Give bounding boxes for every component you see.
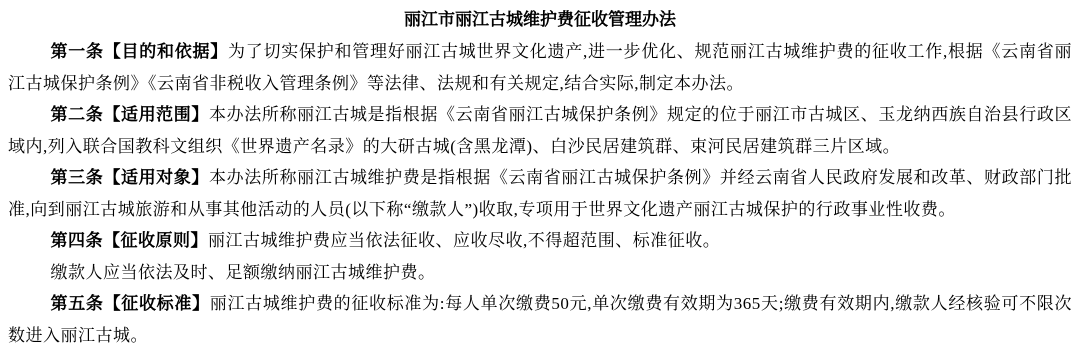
paragraph-body: 丽江古城维护费应当依法征收、应收尽收,不得超范围、标准征收。 bbox=[208, 231, 720, 250]
paragraph-heading: 第二条【适用范围】 bbox=[51, 105, 210, 124]
document-title: 丽江市丽江古城维护费征收管理办法 bbox=[8, 8, 1072, 32]
paragraph: 第五条【征收标准】丽江古城维护费的征收标准为:每人单次缴费50元,单次缴费有效期… bbox=[8, 288, 1072, 351]
document-body: 第一条【目的和依据】为了切实保护和管理好丽江古城世界文化遗产,进一步优化、规范丽… bbox=[8, 36, 1072, 351]
paragraph-heading: 第三条【适用对象】 bbox=[51, 168, 210, 187]
paragraph: 第四条【征收原则】丽江古城维护费应当依法征收、应收尽收,不得超范围、标准征收。 bbox=[8, 225, 1072, 257]
paragraph-heading: 第四条【征收原则】 bbox=[51, 231, 209, 250]
paragraph: 第三条【适用对象】本办法所称丽江古城维护费是指根据《云南省丽江古城保护条例》并经… bbox=[8, 162, 1072, 225]
paragraph: 缴款人应当依法及时、足额缴纳丽江古城维护费。 bbox=[8, 257, 1072, 289]
paragraph-body: 缴款人应当依法及时、足额缴纳丽江古城维护费。 bbox=[51, 263, 436, 282]
paragraph-heading: 第五条【征收标准】 bbox=[51, 294, 210, 313]
paragraph-heading: 第一条【目的和依据】 bbox=[51, 42, 229, 61]
document-page: 丽江市丽江古城维护费征收管理办法 第一条【目的和依据】为了切实保护和管理好丽江古… bbox=[0, 0, 1080, 361]
paragraph: 第二条【适用范围】本办法所称丽江古城是指根据《云南省丽江古城保护条例》规定的位于… bbox=[8, 99, 1072, 162]
paragraph: 第一条【目的和依据】为了切实保护和管理好丽江古城世界文化遗产,进一步优化、规范丽… bbox=[8, 36, 1072, 99]
